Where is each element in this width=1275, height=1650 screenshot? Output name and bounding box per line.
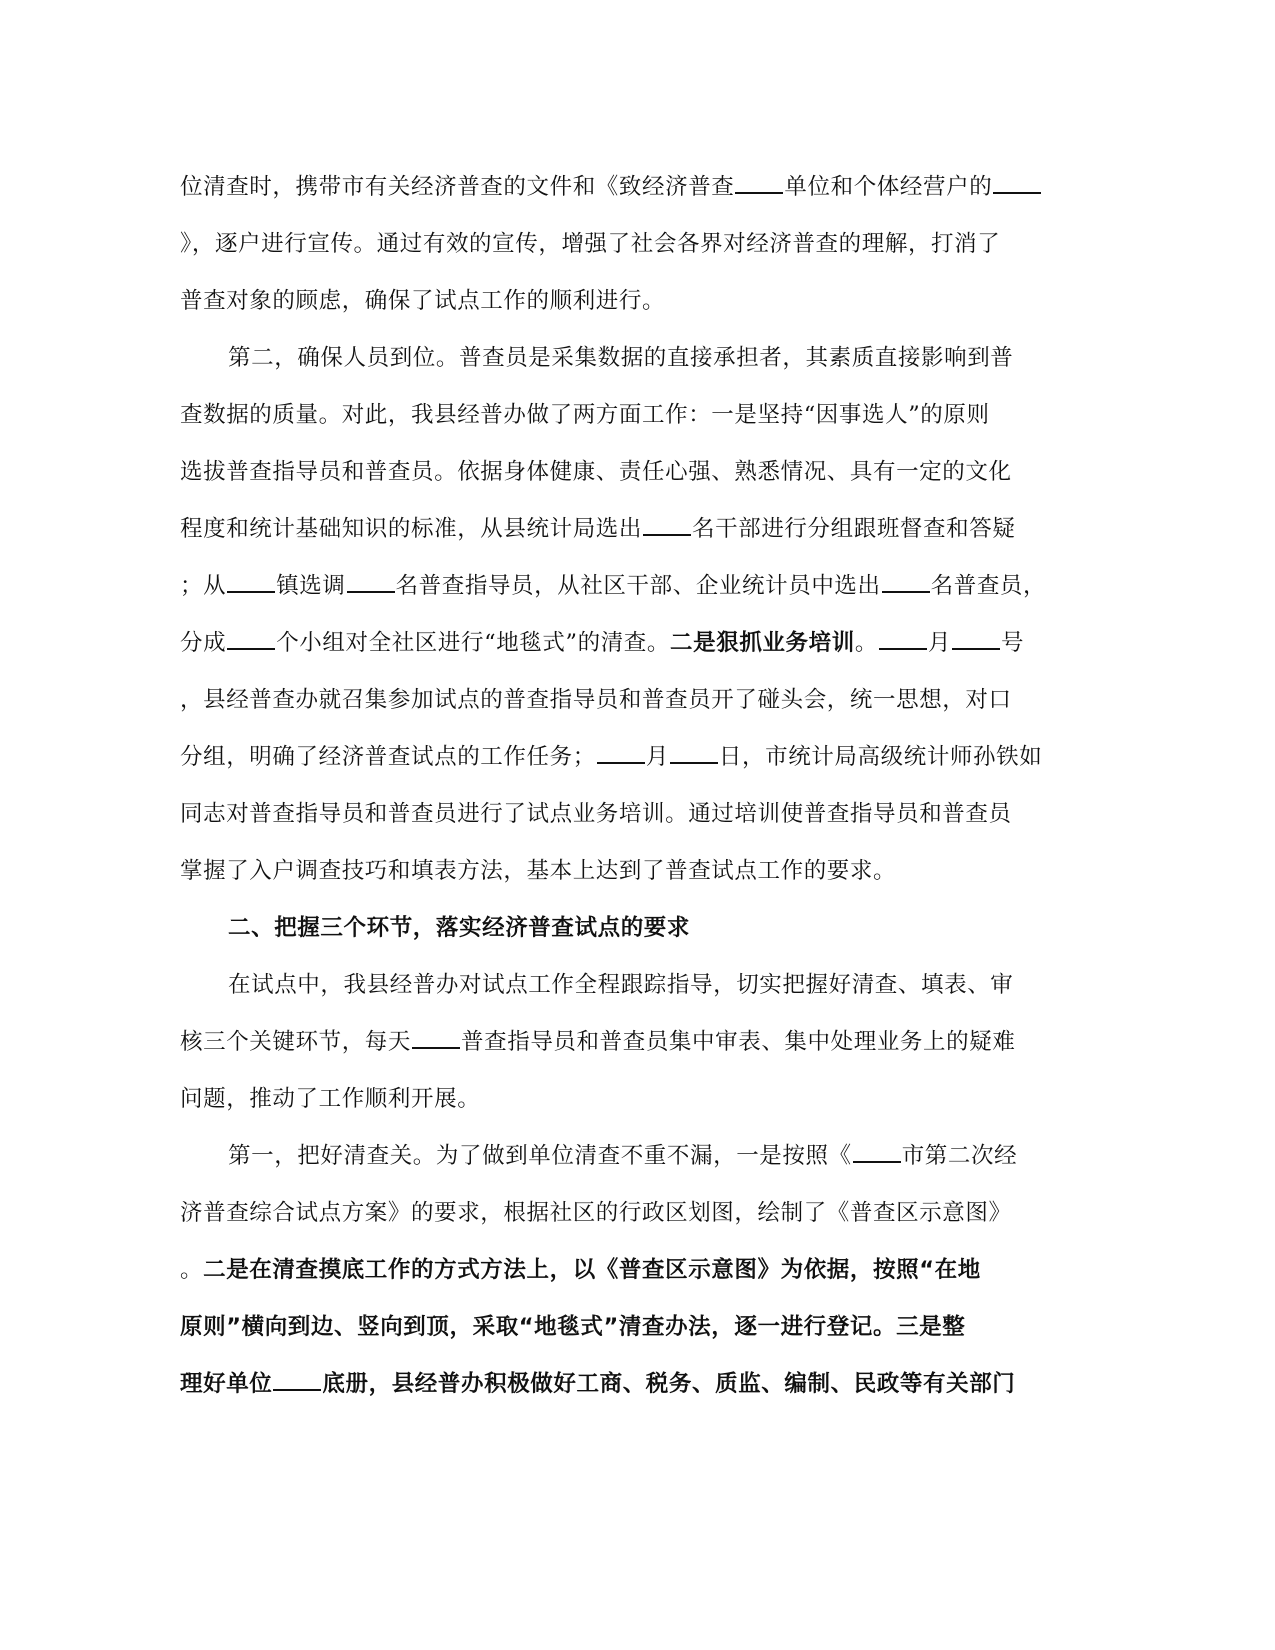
fill-in-blank xyxy=(735,172,783,194)
text-segment: 第二，确保人员到位。普查员是采集数据的直接承担者，其素质直接影响到普 xyxy=(228,345,1013,371)
text-line: 核三个关键环节，每天普查指导员和普查员集中审表、集中处理业务上的疑难 xyxy=(180,1027,1040,1057)
text-segment: 》，逐户进行宣传。通过有效的宣传，增强了社会各界对经济普查的理解，打消了 xyxy=(180,231,1000,257)
text-segment: 在试点中，我县经普办对试点工作全程跟踪指导，切实把握好清查、填表、审 xyxy=(228,972,1013,998)
text-line: 位清查时，携带市有关经济普查的文件和《致经济普查单位和个体经营户的 xyxy=(180,172,1040,202)
text-line: 查数据的质量。对此，我县经普办做了两方面工作：一是坚持“因事选人”的原则 xyxy=(180,400,1040,430)
text-line: ；从镇选调名普查指导员，从社区干部、企业统计员中选出名普查员， xyxy=(180,571,1040,601)
fill-in-blank xyxy=(643,514,691,536)
bold-text: 二是狠抓业务培训 xyxy=(670,630,855,656)
fill-in-blank xyxy=(853,1141,901,1163)
bold-text: 二、把握三个环节，落实经济普查试点的要求 xyxy=(228,915,690,941)
text-segment: 名干部进行分组跟班督查和答疑 xyxy=(692,516,1015,542)
text-segment: 日，市统计局高级统计师孙铁如 xyxy=(719,744,1042,770)
bold-text: 底册，县经普办积极做好工商、税务、质监、编制、民政等有关部门 xyxy=(322,1371,1015,1397)
text-line: 同志对普查指导员和普查员进行了试点业务培训。通过培训使普查指导员和普查员 xyxy=(180,799,1040,829)
text-segment: 核三个关键环节，每天 xyxy=(180,1029,411,1055)
fill-in-blank xyxy=(227,628,275,650)
text-segment: 月 xyxy=(646,744,669,770)
text-line: 济普查综合试点方案》的要求，根据社区的行政区划图，绘制了《普查区示意图》 xyxy=(180,1198,1040,1228)
text-segment: 程度和统计基础知识的标准，从县统计局选出 xyxy=(180,516,642,542)
text-segment: ；从 xyxy=(180,573,226,599)
text-segment: 查数据的质量。对此，我县经普办做了两方面工作：一是坚持“因事选人”的原则 xyxy=(180,402,990,428)
bold-text: 原则”横向到边、竖向到顶，采取“地毯式”清查办法，逐一进行登记。三是整 xyxy=(180,1314,965,1340)
bold-text: 理好单位 xyxy=(180,1371,272,1397)
text-segment: 济普查综合试点方案》的要求，根据社区的行政区划图，绘制了《普查区示意图》 xyxy=(180,1200,1012,1226)
fill-in-blank xyxy=(879,628,927,650)
text-segment: 镇选调 xyxy=(276,573,345,599)
text-segment: 掌握了入户调查技巧和填表方法，基本上达到了普查试点工作的要求。 xyxy=(180,858,896,884)
text-segment: 普查指导员和普查员集中审表、集中处理业务上的疑难 xyxy=(461,1029,1015,1055)
text-segment: 问题，推动了工作顺利开展。 xyxy=(180,1086,480,1112)
text-segment: 号 xyxy=(1001,630,1024,656)
text-segment: 。 xyxy=(855,630,878,656)
text-line: 问题，推动了工作顺利开展。 xyxy=(180,1084,1040,1114)
text-segment: 个小组对全社区进行“地毯式”的清查。 xyxy=(276,630,670,656)
text-segment: 分组，明确了经济普查试点的工作任务； xyxy=(180,744,596,770)
fill-in-blank xyxy=(597,742,645,764)
text-line: 》，逐户进行宣传。通过有效的宣传，增强了社会各界对经济普查的理解，打消了 xyxy=(180,229,1040,259)
text-segment: 同志对普查指导员和普查员进行了试点业务培训。通过培训使普查指导员和普查员 xyxy=(180,801,1012,827)
text-line: 第二，确保人员到位。普查员是采集数据的直接承担者，其素质直接影响到普 xyxy=(228,343,1040,373)
text-segment: 单位和个体经营户的 xyxy=(784,174,992,200)
text-line: 普查对象的顾虑，确保了试点工作的顺利进行。 xyxy=(180,286,1040,316)
text-line: ，县经普查办就召集参加试点的普查指导员和普查员开了碰头会，统一思想，对口 xyxy=(180,685,1040,715)
text-line: 第一，把好清查关。为了做到单位清查不重不漏，一是按照《市第二次经 xyxy=(228,1141,1040,1171)
text-line: 二、把握三个环节，落实经济普查试点的要求 xyxy=(228,913,1040,943)
document-page: 位清查时，携带市有关经济普查的文件和《致经济普查单位和个体经营户的》，逐户进行宣… xyxy=(0,0,1275,1650)
fill-in-blank xyxy=(952,628,1000,650)
text-segment: 市第二次经 xyxy=(902,1143,1018,1169)
text-line: 掌握了入户调查技巧和填表方法，基本上达到了普查试点工作的要求。 xyxy=(180,856,1040,886)
fill-in-blank xyxy=(670,742,718,764)
text-segment: 第一，把好清查关。为了做到单位清查不重不漏，一是按照《 xyxy=(228,1143,852,1169)
text-segment: 名普查员， xyxy=(931,573,1047,599)
text-segment: 选拔普查指导员和普查员。依据身体健康、责任心强、熟悉情况、具有一定的文化 xyxy=(180,459,1012,485)
text-segment: 普查对象的顾虑，确保了试点工作的顺利进行。 xyxy=(180,288,665,314)
text-line: 分组，明确了经济普查试点的工作任务；月日，市统计局高级统计师孙铁如 xyxy=(180,742,1040,772)
fill-in-blank xyxy=(347,571,395,593)
text-segment: 月 xyxy=(928,630,951,656)
fill-in-blank xyxy=(882,571,930,593)
text-line: 。二是在清查摸底工作的方式方法上，以《普查区示意图》为依据，按照“在地 xyxy=(180,1255,1040,1285)
text-line: 分成个小组对全社区进行“地毯式”的清查。二是狠抓业务培训。月号 xyxy=(180,628,1040,658)
text-line: 原则”横向到边、竖向到顶，采取“地毯式”清查办法，逐一进行登记。三是整 xyxy=(180,1312,1040,1342)
text-line: 在试点中，我县经普办对试点工作全程跟踪指导，切实把握好清查、填表、审 xyxy=(228,970,1040,1000)
bold-text: 二是在清查摸底工作的方式方法上，以《普查区示意图》为依据，按照“在地 xyxy=(203,1257,981,1283)
fill-in-blank xyxy=(412,1027,460,1049)
fill-in-blank xyxy=(227,571,275,593)
text-segment: ，县经普查办就召集参加试点的普查指导员和普查员开了碰头会，统一思想，对口 xyxy=(180,687,1012,713)
text-segment: 。 xyxy=(180,1257,203,1283)
fill-in-blank xyxy=(993,172,1041,194)
text-segment: 名普查指导员，从社区干部、企业统计员中选出 xyxy=(396,573,881,599)
text-line: 选拔普查指导员和普查员。依据身体健康、责任心强、熟悉情况、具有一定的文化 xyxy=(180,457,1040,487)
text-segment: 分成 xyxy=(180,630,226,656)
text-segment: 位清查时，携带市有关经济普查的文件和《致经济普查 xyxy=(180,174,734,200)
text-line: 理好单位底册，县经普办积极做好工商、税务、质监、编制、民政等有关部门 xyxy=(180,1369,1040,1399)
fill-in-blank xyxy=(273,1369,321,1391)
text-line: 程度和统计基础知识的标准，从县统计局选出名干部进行分组跟班督查和答疑 xyxy=(180,514,1040,544)
